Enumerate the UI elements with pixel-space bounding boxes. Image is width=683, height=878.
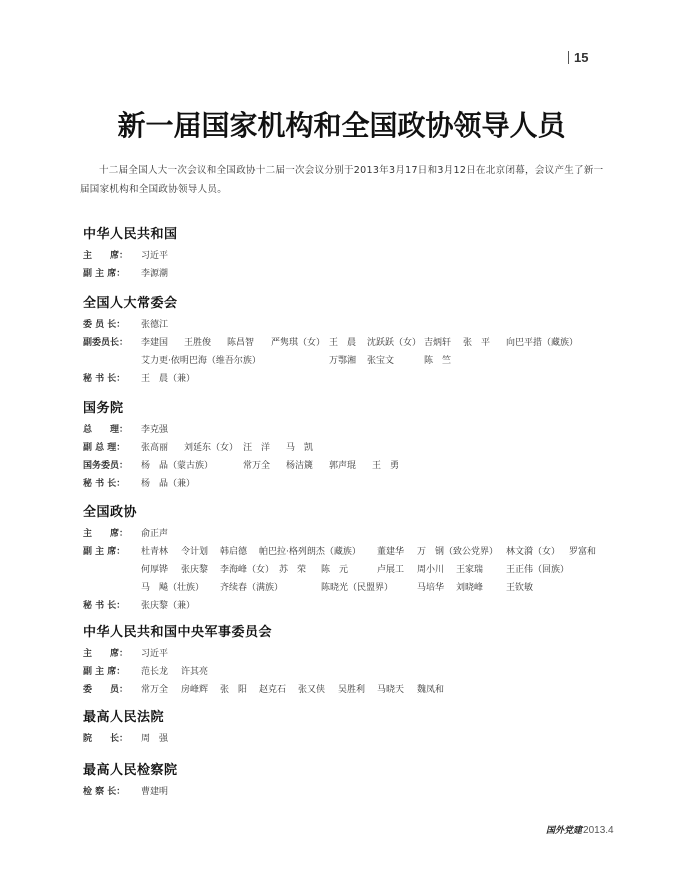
person-name: 常万全 — [243, 457, 270, 475]
role-label: 院 长： — [83, 730, 141, 748]
role-row: 秘 书 长： 杨 晶（兼） — [83, 475, 623, 493]
role-row: 马 飚（壮族） 齐续春（满族） 陈晓光（民盟界） 马培华 刘晓峰 王钦敏 — [83, 579, 623, 597]
person-name: 汪 洋 — [243, 439, 270, 457]
page-number: 15 — [568, 50, 588, 65]
person-name: 常万全 — [141, 681, 168, 699]
person-name: 俞正声 — [141, 525, 168, 543]
role-row: 副 主 席： 杜青林 令计划 韩启德 帕巴拉·格列朗杰（藏族） 董建华 万 钢（… — [83, 543, 623, 561]
section-supreme-court: 最高人民法院 院 长： 周 强 — [83, 709, 623, 748]
person-name: 王 晨 — [329, 334, 356, 352]
person-name: 刘延东（女） — [184, 439, 238, 457]
section-title: 全国人大常委会 — [83, 295, 623, 313]
person-name: 王胜俊 — [184, 334, 211, 352]
role-label: 秘 书 长： — [83, 597, 141, 615]
section-title: 全国政协 — [83, 504, 623, 522]
person-name: 王钦敏 — [506, 579, 533, 597]
role-row: 主 席： 俞正声 — [83, 525, 623, 543]
person-name: 杨 晶（蒙古族） — [141, 457, 213, 475]
role-row: 副委员长： 李建国 王胜俊 陈昌智 严隽琪（女） 王 晨 沈跃跃（女） 吉炳轩 … — [83, 334, 623, 352]
role-label: 主 席： — [83, 247, 141, 265]
person-name: 杨 晶（兼） — [141, 475, 195, 493]
section-state-council: 国务院 总 理： 李克强 副 总 理： 张高丽 刘延东（女） 汪 洋 马 凯 国… — [83, 400, 623, 493]
person-name: 张 平 — [463, 334, 490, 352]
person-name: 王 勇 — [372, 457, 399, 475]
section-title: 中华人民共和国中央军事委员会 — [83, 624, 623, 642]
person-name: 卢展工 — [377, 561, 404, 579]
role-label: 副 主 席： — [83, 543, 141, 561]
person-name: 齐续春（满族） — [220, 579, 283, 597]
person-name: 万鄂湘 — [329, 352, 356, 370]
person-name: 苏 荣 — [279, 561, 306, 579]
person-name: 李建国 — [141, 334, 168, 352]
person-name: 陈 竺 — [424, 352, 451, 370]
person-name: 何厚铧 — [141, 561, 168, 579]
role-row: 副 主 席： 李源潮 — [83, 265, 623, 283]
role-row: 委 员： 常万全 房峰辉 张 阳 赵克石 张又侠 吴胜利 马晓天 魏凤和 — [83, 681, 623, 699]
section-npc-standing-committee: 全国人大常委会 委 员 长： 张德江 副委员长： 李建国 王胜俊 陈昌智 严隽琪… — [83, 295, 623, 388]
person-name: 曹建明 — [141, 783, 168, 801]
role-label: 委 员 长： — [83, 316, 141, 334]
role-label: 秘 书 长： — [83, 475, 141, 493]
person-name: 张庆黎（兼） — [141, 597, 195, 615]
person-name: 魏凤和 — [417, 681, 444, 699]
role-label: 主 席： — [83, 645, 141, 663]
role-row: 国务委员： 杨 晶（蒙古族） 常万全 杨洁篪 郭声琨 王 勇 — [83, 457, 623, 475]
person-name: 李海峰（女） — [220, 561, 274, 579]
section-title: 中华人民共和国 — [83, 226, 623, 244]
person-name: 习近平 — [141, 247, 168, 265]
role-row: 总 理： 李克强 — [83, 421, 623, 439]
person-name: 习近平 — [141, 645, 168, 663]
person-name: 赵克石 — [259, 681, 286, 699]
person-name: 周小川 — [417, 561, 444, 579]
person-name: 杜青林 — [141, 543, 168, 561]
person-name: 万 钢（致公党界） — [417, 543, 498, 561]
role-row: 院 长： 周 强 — [83, 730, 623, 748]
person-name: 王家瑞 — [456, 561, 483, 579]
person-name: 张德江 — [141, 316, 168, 334]
page-title: 新一届国家机构和全国政协领导人员 — [0, 104, 683, 144]
person-name: 韩启德 — [220, 543, 247, 561]
person-name: 帕巴拉·格列朗杰（藏族） — [259, 543, 361, 561]
role-row: 委 员 长： 张德江 — [83, 316, 623, 334]
person-name: 张宝文 — [367, 352, 394, 370]
role-row: 秘 书 长： 张庆黎（兼） — [83, 597, 623, 615]
section-title: 国务院 — [83, 400, 623, 418]
role-label: 秘 书 长： — [83, 370, 141, 388]
role-row: 秘 书 长： 王 晨（兼） — [83, 370, 623, 388]
person-name: 严隽琪（女） — [271, 334, 325, 352]
person-name: 马培华 — [417, 579, 444, 597]
person-name: 李源潮 — [141, 265, 168, 283]
person-name: 张又侠 — [298, 681, 325, 699]
person-name: 向巴平措（藏族） — [506, 334, 578, 352]
section-title: 最高人民检察院 — [83, 762, 623, 780]
section-central-military-commission: 中华人民共和国中央军事委员会 主 席： 习近平 副 主 席： 范长龙 许其亮 委… — [83, 624, 623, 699]
person-name: 董建华 — [377, 543, 404, 561]
role-row: 副 主 席： 范长龙 许其亮 — [83, 663, 623, 681]
role-label: 副 主 席： — [83, 663, 141, 681]
person-name: 吉炳轩 — [424, 334, 451, 352]
person-name: 李克强 — [141, 421, 168, 439]
person-name: 范长龙 — [141, 663, 168, 681]
person-name: 罗富和 — [569, 543, 596, 561]
role-row: 检 察 长： 曹建明 — [83, 783, 623, 801]
role-label: 检 察 长： — [83, 783, 141, 801]
person-name: 陈晓光（民盟界） — [321, 579, 393, 597]
role-label: 总 理： — [83, 421, 141, 439]
issue-number: 2013.4 — [583, 825, 614, 836]
person-name: 陈 元 — [321, 561, 348, 579]
section-prc: 中华人民共和国 主 席： 习近平 副 主 席： 李源潮 — [83, 226, 623, 283]
person-name: 张庆黎 — [181, 561, 208, 579]
role-row: 主 席： 习近平 — [83, 645, 623, 663]
person-name: 王 晨（兼） — [141, 370, 195, 388]
person-name: 张 阳 — [220, 681, 247, 699]
role-row: 主 席： 习近平 — [83, 247, 623, 265]
person-name: 杨洁篪 — [286, 457, 313, 475]
person-name: 许其亮 — [181, 663, 208, 681]
page-footer: 国外党建2013.4 — [546, 823, 614, 836]
person-name: 林文漪（女） — [506, 543, 560, 561]
publication-logo: 国外党建 — [546, 826, 582, 836]
person-name: 马晓天 — [377, 681, 404, 699]
role-row: 何厚铧 张庆黎 李海峰（女） 苏 荣 陈 元 卢展工 周小川 王家瑞 王正伟（回… — [83, 561, 623, 579]
role-label: 委 员： — [83, 681, 141, 699]
person-name: 房峰辉 — [181, 681, 208, 699]
role-label: 副 主 席： — [83, 265, 141, 283]
person-name: 周 强 — [141, 730, 168, 748]
role-row: 艾力更·依明巴海（维吾尔族） 万鄂湘 张宝文 陈 竺 — [83, 352, 623, 370]
person-name: 王正伟（回族） — [506, 561, 569, 579]
person-name: 令计划 — [181, 543, 208, 561]
person-name: 陈昌智 — [227, 334, 254, 352]
person-name: 马 凯 — [286, 439, 313, 457]
role-label: 副 总 理： — [83, 439, 141, 457]
role-label: 国务委员： — [83, 457, 141, 475]
section-supreme-procuratorate: 最高人民检察院 检 察 长： 曹建明 — [83, 762, 623, 801]
person-name: 马 飚（壮族） — [141, 579, 204, 597]
person-name: 刘晓峰 — [456, 579, 483, 597]
section-title: 最高人民法院 — [83, 709, 623, 727]
person-name: 郭声琨 — [329, 457, 356, 475]
person-name: 艾力更·依明巴海（维吾尔族） — [141, 352, 261, 370]
role-label: 主 席： — [83, 525, 141, 543]
intro-paragraph: 十二届全国人大一次会议和全国政协十二届一次会议分别于2013年3月17日和3月1… — [80, 161, 605, 199]
person-name: 沈跃跃（女） — [367, 334, 421, 352]
section-cppcc: 全国政协 主 席： 俞正声 副 主 席： 杜青林 令计划 韩启德 帕巴拉·格列朗… — [83, 504, 623, 615]
person-name: 吴胜利 — [338, 681, 365, 699]
person-name: 张高丽 — [141, 439, 168, 457]
role-row: 副 总 理： 张高丽 刘延东（女） 汪 洋 马 凯 — [83, 439, 623, 457]
divider — [568, 51, 569, 64]
role-label: 副委员长： — [83, 334, 141, 352]
